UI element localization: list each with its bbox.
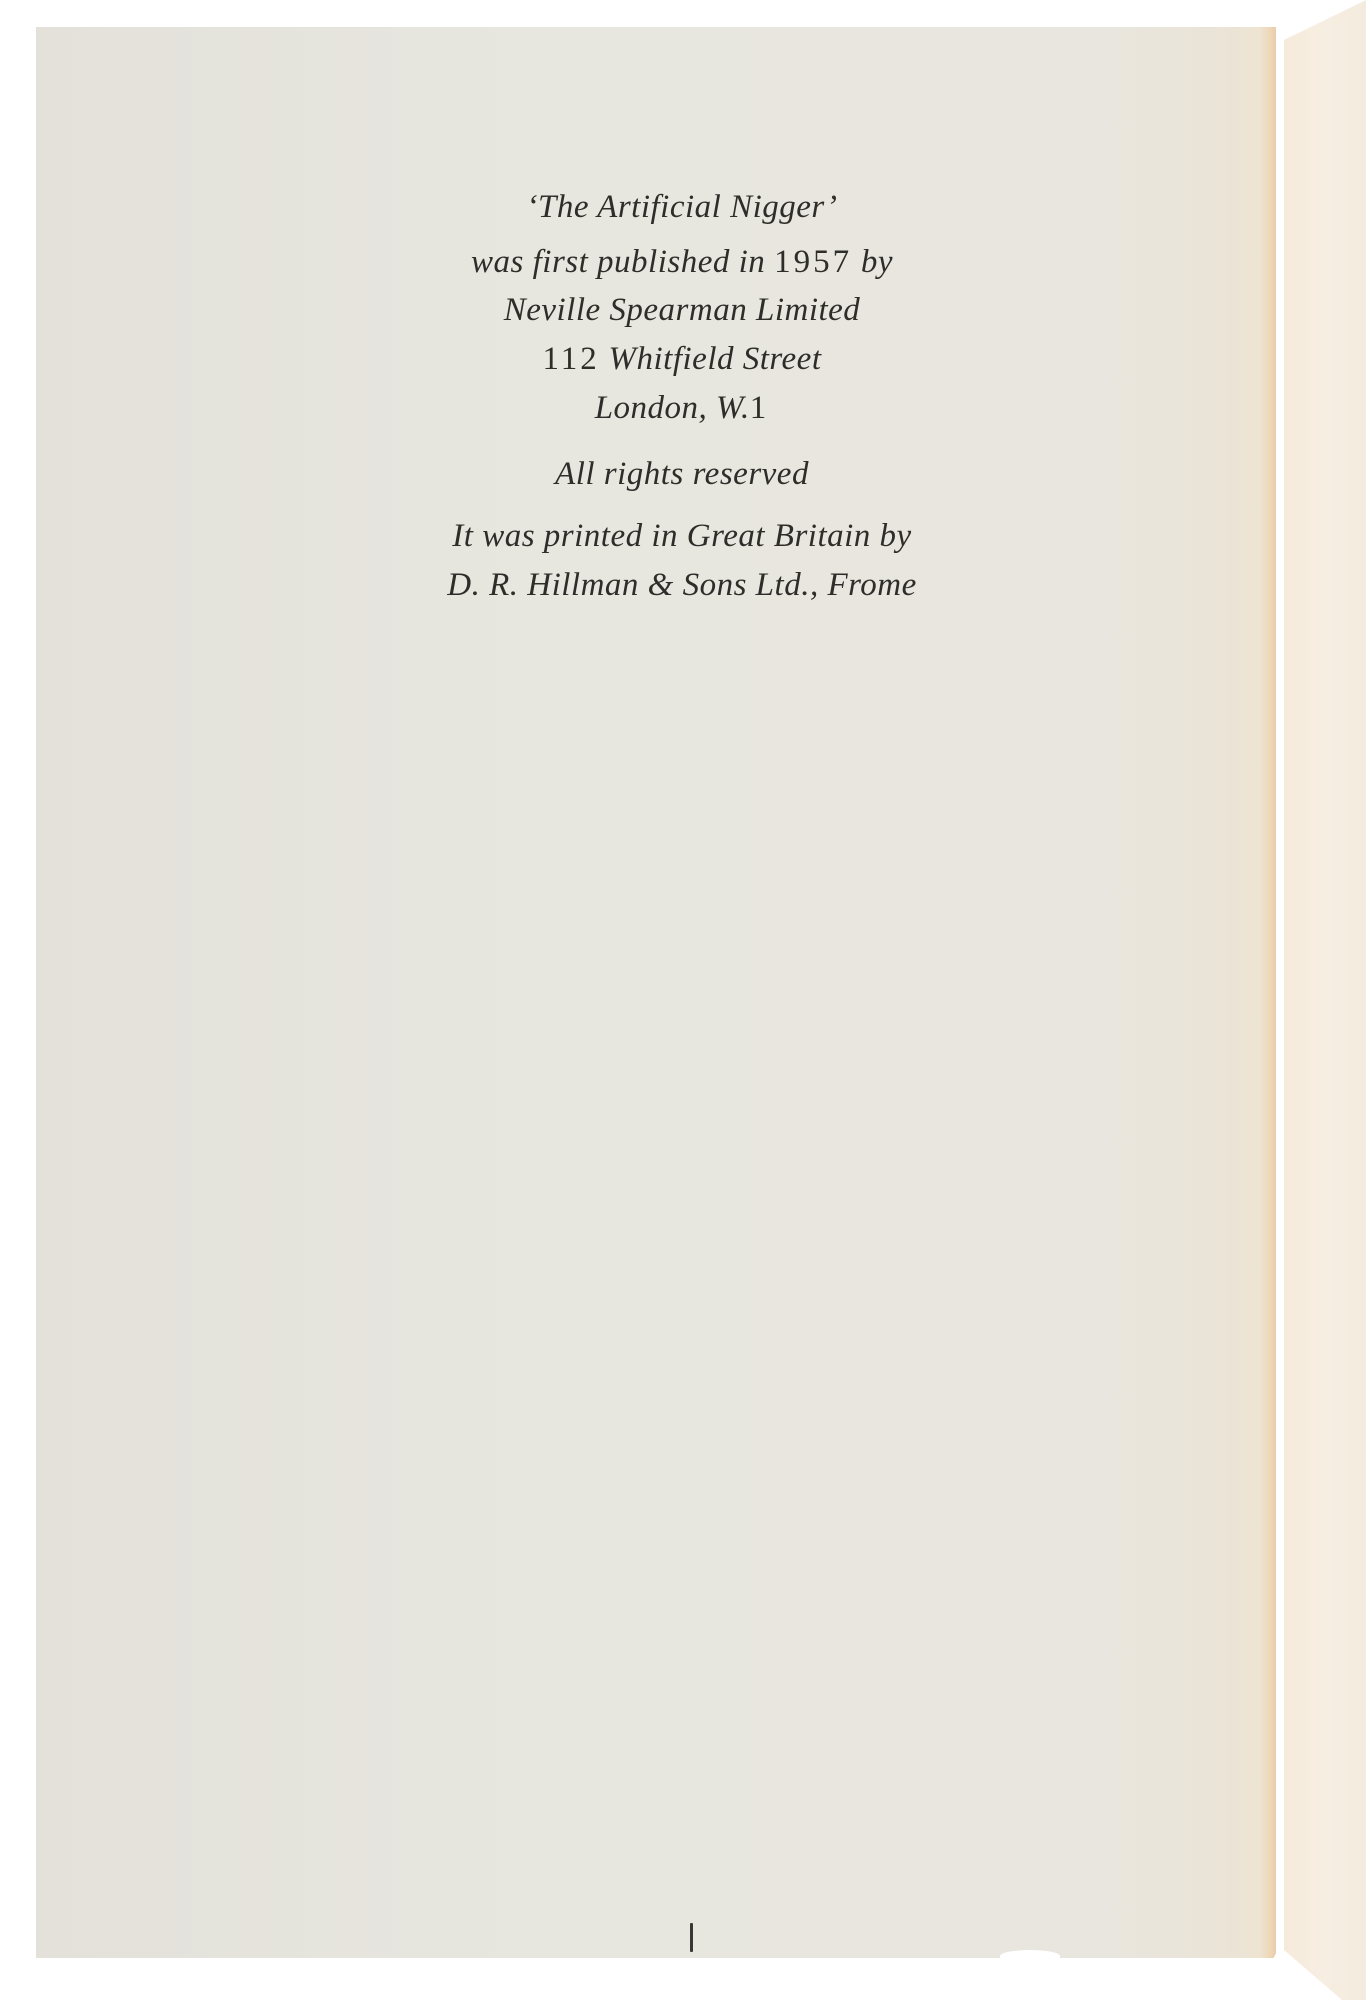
rights-statement: All rights reserved [555, 456, 809, 492]
book-title: ‘The Artificial Nigger’ [527, 189, 838, 225]
address-city: London, W. [595, 390, 750, 426]
address-street: Whitfield Street [609, 341, 822, 377]
page-number: 1 [690, 1923, 693, 1952]
address-number: 112 [542, 341, 599, 377]
title-line: ‘The Artificial Nigger’ [0, 187, 1365, 227]
address-city-line: London, W.1 [0, 388, 1365, 428]
published-year: 1957 [774, 244, 852, 280]
printer-prefix-line: It was printed in Great Britain by [0, 516, 1365, 556]
publisher-line: Neville Spearman Limited [0, 290, 1365, 330]
publisher-name: Neville Spearman Limited [504, 292, 861, 328]
publication-line: was first published in 1957 by [0, 242, 1365, 282]
printer-name: D. R. Hillman & Sons Ltd., Frome [447, 567, 916, 603]
rights-line: All rights reserved [0, 454, 1365, 494]
address-district: 1 [750, 390, 770, 426]
published-suffix: by [861, 244, 893, 280]
printer-prefix: It was printed in Great Britain by [452, 518, 911, 554]
address-street-line: 112 Whitfield Street [0, 339, 1365, 379]
page-edge-tear [1000, 1950, 1060, 1962]
published-prefix: was first published in [471, 244, 765, 280]
printer-line: D. R. Hillman & Sons Ltd., Frome [0, 565, 1365, 605]
